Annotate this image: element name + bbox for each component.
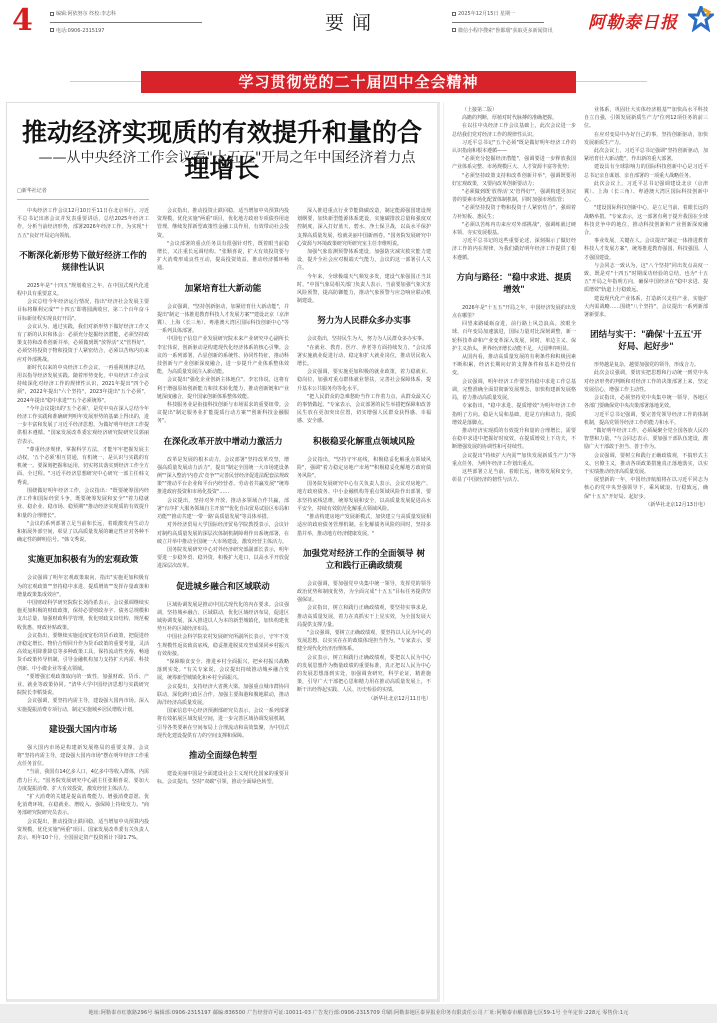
paragraph: 中国电子信息产业发展研究院未来产业研究中心副所长李宏伟说，创新驱动是构建现代化经… bbox=[157, 335, 289, 376]
paragraph: 围绕做好明年经济工作，会议指出："既要统筹国内经济工作和国际经贸斗争，既要统筹发… bbox=[17, 487, 149, 520]
paragraph: 习近平总书记强调，要完善党领导经济工作的体制机制，提高党领导经济工作的能力和水平… bbox=[584, 411, 708, 427]
paragraph: 2026年是"十五五"开局之年，中国经济发展的出发点在哪里？ bbox=[452, 304, 576, 320]
paragraph: 强大国内市场是构建新发展格局的重要支撑。会议将"坚持内需主导，建设强大国内市场"… bbox=[17, 744, 149, 769]
section-heading: 加紧培育壮大新动能 bbox=[159, 283, 287, 295]
paragraph: （上接第二版） bbox=[452, 106, 576, 114]
paragraph: 在以往中央经济工作会议基础上，此次会议进一步总结我们党对经济工作的规律性认识。 bbox=[452, 122, 576, 138]
paragraph: 对外经济贸易大学国际经济贸易学院教授表示，会议针对制约高质量发展的深层次体制机制… bbox=[157, 521, 289, 546]
paragraph: 高瞻的判断，厚植对时代脉搏的准确把握。 bbox=[452, 114, 576, 122]
paragraph: 加强气象监测预警体系建设，加强防灾减灾救灾能力建设，提升全社会应对极端天气能力，… bbox=[297, 248, 431, 273]
paragraph: 会议指出，推动投资止跌回稳，适当增加中央预算内投资规模，优化实施"两重"项目，优… bbox=[157, 207, 289, 240]
masthead-meta-right: 2025年12月15日 星期一 微信小程序搜索"鲁都瑙"获取更多新闻资讯 bbox=[452, 10, 592, 35]
date-line: 2025年12月15日 星期一 bbox=[452, 10, 592, 18]
section-heading: 促进城乡融合和区域联动 bbox=[159, 581, 287, 593]
newspaper-brand: 阿勒泰日报 bbox=[588, 8, 678, 33]
paragraph: "推动构建房地产发展新模式，加快建立与高质量发展相适应的政府债务管理机制。在化解… bbox=[297, 513, 431, 538]
meta-divider bbox=[452, 22, 544, 23]
section-heading: 在深化改革开放中增动力激活力 bbox=[159, 436, 287, 448]
masthead-meta-left: 编辑:阿依努尔 终校:李志科 电话:0906-2315197 bbox=[50, 10, 202, 35]
paragraph: "做好明年经济工作，必须凝聚全党全国各族人民的智慧和力量。"与会同志表示，要加强… bbox=[584, 427, 708, 452]
paragraph: 建设美丽中国是全面建设社会主义现代化国家的重要目标。会议提出，坚持"双碳"引领，… bbox=[157, 770, 289, 786]
editor-line: 编辑:阿依努尔 终校:李志科 bbox=[50, 10, 202, 18]
paragraph: 业体系，巩固壮大实体经济根基""加快高水平科技自立自强，引领发展新质生产力"位列… bbox=[584, 106, 708, 131]
paragraph: "尊重经济规律，掌握科学方法，才能牢牢把握发展主动权。'五个必须'相互贯通，有机… bbox=[17, 446, 149, 487]
banner-line-right bbox=[576, 81, 647, 82]
paragraph: 会议强调，明年经济工作要坚持稳中求进工作总基调，完整准确全面贯彻新发展理念，加快… bbox=[452, 378, 576, 403]
paragraph: 建设现代化产业体系，打造新兴支柱产业，实施扩大内需战略……围绕"八个坚持"，会议… bbox=[584, 295, 708, 320]
paragraph: 中央经济工作会议12月10日至11日在北京举行。习近平总书记出席会议并发表重要讲… bbox=[17, 207, 149, 240]
paragraph: 会议提出"强化企业创新主体地位"。李宏伟说，这将有利于增强原始创新能力和技术转化… bbox=[157, 376, 289, 401]
paragraph: 会议强调，要树立和践行正确政绩观，不搞形式主义、官僚主义，推动各项政策措施真正落… bbox=[584, 452, 708, 477]
banner-line-left bbox=[70, 81, 141, 82]
continued-column-2: 业体系，巩固壮大实体经济根基""加快高水平科技自立自强，引领发展新质生产力"位列… bbox=[584, 106, 708, 996]
paragraph: 会议指出，坚持民生为大，努力为人民群众多办实事。 bbox=[297, 335, 431, 343]
section-heading: 建设强大国内市场 bbox=[19, 724, 147, 736]
checkbox-icon bbox=[50, 12, 54, 16]
paragraph: 中国社会科学院农村发展研究所副所长表示，守牢不发生规模性返贫致贫底线，稳妥推进脱… bbox=[157, 633, 289, 658]
paragraph: 今年来，全球极端天气频发多发，建设气象强国正当其时。"中国气象局相关部门负责人表… bbox=[297, 273, 431, 306]
paragraph: 这些部署立足当前、着眼长远，统筹发展和安全，彰显了中国经济的韧性与活力。 bbox=[452, 468, 576, 484]
masthead: 4 编辑:阿依努尔 终校:李志科 电话:0906-2315197 要闻 2025… bbox=[0, 0, 717, 40]
paragraph: "会议强调，要树立正确政绩观，要坚持以人民为中心的发展思想，以实实在在的政绩体现… bbox=[297, 629, 431, 654]
paragraph: 会议指出，要继续实施适度宽松的货币政策，把促进经济稳定增长、物价合理回升作为货币… bbox=[17, 632, 149, 673]
paragraph: 深入推进重点行业节能降碳改造，制定能源强国建设规划纲要，加快新型能源体系建设，实… bbox=[297, 207, 431, 248]
paragraph: 习近平总书记的这些重要论述，深刻揭示了做好经济工作的内在规律，为我们做好明年经济… bbox=[452, 237, 576, 262]
article-column-3: 深入推进重点行业节能降碳改造，制定能源强国建设规划纲要，加快新型能源体系建设，实… bbox=[297, 207, 431, 997]
paragraph: 会议指出，树立和践行正确政绩观，要坚持实事求是，推动高质量发展，着力在真抓实干上… bbox=[297, 604, 431, 629]
paragraph: "建设国际科技创新中心，是立足当前、着眼长远的战略举措。"专家表示，这一部署有利… bbox=[584, 204, 708, 237]
paragraph: 会议强调，"坚持创新驱动，加紧培育壮大新动能"，并提出"制定一体推进教育科技人才… bbox=[157, 303, 289, 336]
section-heading: 团结与实干："确保'十五五'开好局、起好步" bbox=[586, 329, 706, 353]
paragraph: "扩大消费的关键是提高消费能力、增强消费意愿、优化消费环境，在稳就业、增收入、强… bbox=[17, 793, 149, 818]
continued-column-1: （上接第二版）高瞻的判断，厚植对时代脉搏的准确把握。在以往中央经济工作会议基础上… bbox=[452, 106, 576, 996]
page-number: 4 bbox=[12, 6, 33, 36]
paragraph: 在应对变局中办好自己的事，坚持创新驱动，加快发展新质生产力。 bbox=[584, 131, 708, 147]
topic-banner: 学习贯彻党的二十届四中全会精神 bbox=[141, 71, 576, 93]
paragraph: 区域协调发展是推动中国式现代化的内在要求。会议强调，坚持城乡融合、区域联动，优化… bbox=[157, 601, 289, 634]
paragraph: 此次会议上，习近平总书记强调"坚持创新驱动，加紧培育壮大新动能"，作出新的重大部… bbox=[584, 147, 708, 163]
paragraph: "必须以苦练内功来应对外部挑战"，强调练就过硬本领、夯实发展根基。 bbox=[452, 221, 576, 237]
newspaper-logo-icon bbox=[688, 6, 714, 32]
meta-divider bbox=[50, 22, 202, 23]
paragraph: 会议强调，要坚持内需主导，建设强大国内市场。深入实施提振消费专项行动，制定实施城… bbox=[17, 697, 149, 713]
paragraph: "会议的系列部署立足当前和长远，着眼激发内生动力和拓展外部空间，彰显了以高质量发… bbox=[17, 520, 149, 545]
section-heading: 方向与路径："稳中求进、提质增效" bbox=[454, 272, 574, 296]
article-column-1: 中央经济工作会议12月10日至11日在北京举行。习近平总书记出席会议并发表重要讲… bbox=[17, 207, 149, 997]
paragraph: 此次会议上，习近平总书记强调建设北京（京津冀）、上海（长三角）、粤港澳大湾区国际… bbox=[584, 180, 708, 205]
paragraph: 会议表示，树立和践行正确政绩观，要把以人民为中心的发展思想作为衡量政绩的重要标准… bbox=[297, 654, 431, 695]
paragraph: 会议强调，要实施更加积极的就业政策，着力稳就业、稳岗位，加强对重点群体就业帮扶，… bbox=[297, 368, 431, 393]
paragraph: 科技服务业是衔接科技创新与市场需求的重要纽带。会议提出"制定服务业扩能提质行动方… bbox=[157, 401, 289, 426]
checkbox-icon bbox=[452, 28, 456, 32]
paragraph: 国家信息中心经济预测部研究员表示，会议一系列部署将有效拓展区域发展空间，进一步完… bbox=[157, 707, 289, 740]
paragraph: 会议指出，必须坚持党中央集中统一领导，各地区各部门要确保党中央决策部署落地见效。 bbox=[584, 394, 708, 410]
main-article: 推动经济实现质的有效提升和量的合理增长 ——从中央经济工作会议看"十五五"开局之… bbox=[6, 102, 440, 1002]
page-footer: 地址:阿勒泰市红旗路296号 编辑部:0906-2315197 邮编:83650… bbox=[0, 1004, 717, 1023]
paragraph: "要增强宏观政策取向的一致性，加强财政、货币、产业、就业等政策协同。"清华大学中… bbox=[17, 673, 149, 698]
paragraph: "当前，我国有14亿多人口，4亿多中等收入群体，内需潜力巨大。"国务院发展研究中… bbox=[17, 768, 149, 793]
paragraph: 新时代以来的中央经济工作会议，一再重视规律总结，用以指导经济发展实践。随着形势变… bbox=[17, 364, 149, 405]
section-heading: 积极稳妥化解重点领域风险 bbox=[299, 436, 429, 448]
paragraph: 专家指出，"稳中求进、提质增效"为明年经济工作指明了方向。稳是大局和基础，进是方… bbox=[452, 402, 576, 427]
paragraph: "必须坚持政策支持和改革创新并举"，强调既要用好宏观政策，又要向改革创新要动力； bbox=[452, 172, 576, 188]
section-heading: 不断深化新形势下做好经济工作的规律性认识 bbox=[19, 250, 147, 274]
paragraph: 与会同志一致认为，这"八个坚持"同出发点高度一致，既是对"十四五"时期成功经验的… bbox=[584, 262, 708, 295]
paragraph: 会议提出，推动投资止跌回稳，适当增加中央预算内投资规模，优化实施"两重"项目。国… bbox=[17, 818, 149, 843]
paragraph: "在就业、教育、医疗、养老等方面持续发力，"会议部署实施就业促进行动，稳定和扩大… bbox=[297, 344, 431, 369]
paragraph: 会议总结今年经济运行情况，指出"经济社会发展主要目标将顺利完成""'十四五'即将… bbox=[17, 298, 149, 323]
paragraph: 会议强调了明年宏观政策取向，指出"实施更加积极有为的宏观政策""坚持稳中求进、提… bbox=[17, 574, 149, 599]
section-heading: 推动全面绿色转型 bbox=[159, 750, 287, 762]
dateline: （新华社北京12月11日电） bbox=[297, 695, 431, 703]
article-column-2: 会议指出，推动投资止跌回稳，适当增加中央预算内投资规模，优化实施"两重"项目，优… bbox=[157, 207, 289, 997]
paragraph: 国务院发展研究中心对外经济研究部副部长表示，明年要进一步稳外贸、稳外资，积极扩大… bbox=[157, 546, 289, 571]
paragraph: 从国内看，推动高质量发展的有利条件和积极因素不断积累，经济长期向好的支撑条件和基… bbox=[452, 353, 576, 378]
paragraph: 国务院发展研究中心有关负责人表示，会议对房地产、地方政府债务、中小金融机构等重点… bbox=[297, 480, 431, 513]
section-heading: 努力为人民群众多办实事 bbox=[299, 315, 429, 327]
paragraph: 会议提出，支持经济大省挑大梁。加强重点城市群协同联动，深化跨行政区合作。加强主要… bbox=[157, 683, 289, 708]
paragraph: 改革是发展的根本动力。会议部署"坚持改革攻坚，增强高质量发展动力活力"，提出"制… bbox=[157, 456, 289, 497]
paragraph: 会议提出"持续扩大内需""加快发展新质生产力"等重点任务，为明年经济工作划出重点… bbox=[452, 452, 576, 468]
paragraph: 回望来路砥砺奋进，前行路上风急浪高。放眼全球，百年变局加速演进，国际力量对比深刻… bbox=[452, 320, 576, 353]
checkbox-icon bbox=[50, 28, 54, 32]
paragraph: 中国财政科学研究院院长刘尚希表示，会议强调继续实施更加积极的财政政策，保持必要财… bbox=[17, 599, 149, 632]
paragraph: 会议提出，坚持对外开放，推动多领域合作共赢，部署"有序扩大服务领域自主开放""优… bbox=[157, 497, 289, 522]
paragraph: "必须充分挖掘经济潜能"，强调要进一步释放我国产业体系完整、市场规模巨大、人才资… bbox=[452, 155, 576, 171]
section-heading: 实施更加积极有为的宏观政策 bbox=[19, 554, 147, 566]
article-byline: □新华社记者 bbox=[17, 187, 47, 194]
paragraph: 会议认为，通过实践，我们对新形势下做好经济工作又有了新的认识和体会：必须充分挖掘… bbox=[17, 323, 149, 364]
paragraph: 事业发展，关键在人。会议提出"制定一体推进教育科技人才发展方案"，统筹推进教育强… bbox=[584, 237, 708, 262]
paragraph: "今年会议提出的'五个必须'，是党中央在深入总结今年经济工作实践和准确研判明年发… bbox=[17, 405, 149, 446]
paragraph: "必须做到既'放得活'又'管得好'"，强调构建更加完善的要素市场化配置体制机制，… bbox=[452, 188, 576, 204]
article-subheadline: ——从中央经济工作会议看"十五五"开局之年中国经济着力点 bbox=[27, 147, 427, 167]
dateline: （新华社北京12月13日电） bbox=[584, 501, 708, 509]
checkbox-icon bbox=[452, 12, 456, 16]
paragraph: 习近平总书记"五个必须"既是做好明年经济工作的认识指南和根本遵循—— bbox=[452, 139, 576, 155]
paragraph: "保障粮食安全、推进乡村全面振兴，把乡村振兴战略落到实处。"有关专家说，会议提出… bbox=[157, 658, 289, 683]
paragraph: 会议指出，"坚持守牢底线，积极稳妥化解重点领域风险"，强调"着力稳定房地产市场"… bbox=[297, 456, 431, 481]
paragraph: 此次会议强调，要切实把思想和行动统一到党中央对经济形势的判断和对经济工作的决策部… bbox=[584, 369, 708, 394]
paragraph: 展望新的一年，中国经济航船将在以习近平同志为核心的党中央坚强领导下，乘风破浪、行… bbox=[584, 476, 708, 501]
paragraph: "把人民群众的急难愁盼当作工作着力点，从群众最关心的事情做起。"专家表示，会议部… bbox=[297, 393, 431, 426]
paragraph: 推动经济实现质的有效提升和量的合理增长，需要在稳中求进中把握好时度效，在提质增效… bbox=[452, 427, 576, 452]
section-heading: 加强党对经济工作的全面领导 树立和践行正确政绩观 bbox=[299, 548, 429, 572]
paragraph: "必须坚持投资于物和投资于人紧密结合"，强调着力补短板、惠民生； bbox=[452, 204, 576, 220]
phone-line: 电话:0906-2315197 bbox=[50, 27, 202, 35]
wechat-line: 微信小程序搜索"鲁都瑙"获取更多新闻资讯 bbox=[452, 27, 592, 35]
paragraph: 会议强调，要加强党中央集中统一领导，发挥党的领导政治优势和制度优势，为全面完成"… bbox=[297, 580, 431, 605]
continued-article: （上接第二版）高瞻的判断，厚植对时代脉搏的准确把握。在以往中央经济工作会议基础上… bbox=[443, 102, 715, 1002]
section-name: 要闻 bbox=[325, 8, 379, 35]
paragraph: 建设具有全球影响力的国际科技创新中心是习近平总书记亲自谋划、亲自部署的一项重大战… bbox=[584, 163, 708, 179]
byline-divider bbox=[17, 199, 149, 200]
paragraph: 形势越是复杂，越要加强党的领导，形成合力。 bbox=[584, 361, 708, 369]
paragraph: "会议部署的重点任务具有很强针对性，既着眼当前稳增长，又注重长远调结构。"张顺喜… bbox=[157, 240, 289, 273]
paragraph: 2025年是"十四五"规划收官之年，在中国式现代化进程中具有重要意义。 bbox=[17, 282, 149, 298]
